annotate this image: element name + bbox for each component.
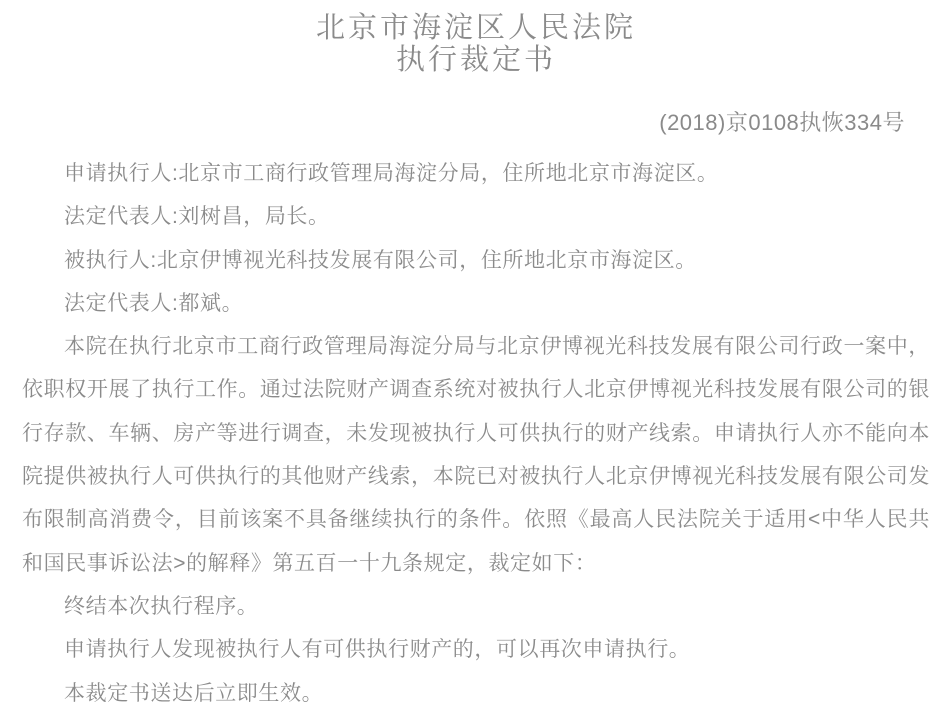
findings-paragraph: 本院在执行北京市工商行政管理局海淀分局与北京伊博视光科技发展有限公司行政一案中，… (22, 325, 930, 585)
respondent-paragraph: 被执行人:北京伊博视光科技发展有限公司，住所地北京市海淀区。 (22, 239, 930, 282)
ruling-item-terminate: 终结本次执行程序。 (22, 585, 930, 628)
document-body: 申请执行人:北京市工商行政管理局海淀分局，住所地北京市海淀区。 法定代表人:刘树… (22, 152, 930, 708)
applicant-legal-representative-paragraph: 法定代表人:刘树昌，局长。 (22, 195, 930, 238)
execution-ruling-document: 北京市海淀区人民法院 执行裁定书 (2018)京0108执恢334号 申请执行人… (22, 0, 930, 708)
case-number: (2018)京0108执恢334号 (22, 108, 930, 138)
respondent-legal-representative-paragraph: 法定代表人:都斌。 (22, 282, 930, 325)
ruling-item-reapply: 申请执行人发现被执行人有可供执行财产的，可以再次申请执行。 (22, 628, 930, 671)
document-type-title: 执行裁定书 (22, 44, 930, 76)
effective-statement: 本裁定书送达后立即生效。 (22, 672, 930, 708)
document-header: 北京市海淀区人民法院 执行裁定书 (22, 12, 930, 76)
court-name: 北京市海淀区人民法院 (22, 12, 930, 44)
applicant-paragraph: 申请执行人:北京市工商行政管理局海淀分局，住所地北京市海淀区。 (22, 152, 930, 195)
